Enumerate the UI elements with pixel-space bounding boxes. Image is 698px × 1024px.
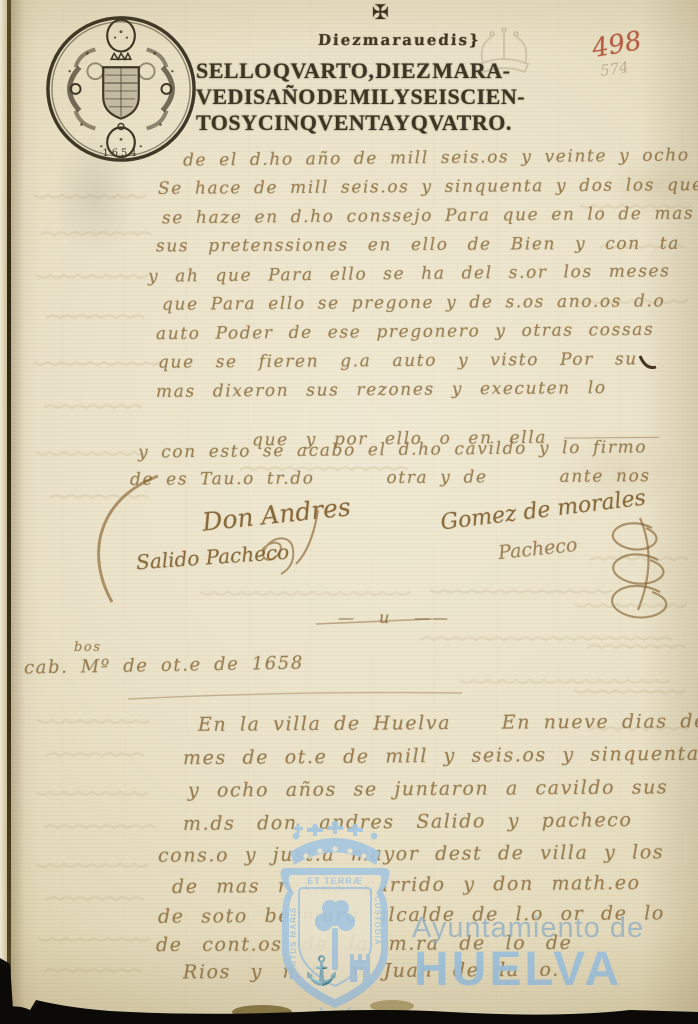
manuscript-line: m.ds don andres Salido y pacheco <box>183 809 633 835</box>
royal-seal-stamp: 1654 <box>42 8 200 166</box>
manuscript-line: mas dixeron sus rezones y executen lo <box>156 378 607 402</box>
manuscript-line: se haze en d.ho conssejo Para que en lo … <box>162 204 694 229</box>
watermark-motto-right: CUSTODIA <box>373 896 382 946</box>
seal-year: 1654 <box>103 148 140 159</box>
watermark-org-name: Ayuntamiento de <box>412 912 644 945</box>
manuscript-line: y ah que Para ello se ha del s.or los me… <box>148 261 671 286</box>
margin-note-underline <box>128 693 462 699</box>
sello-header-line-3: TOS Y CINQVENTA Y QVATRO. <box>196 110 512 136</box>
bottom-scan-edge <box>0 950 698 1024</box>
page-outer-edge <box>0 0 7 1024</box>
rubric-right-loop-3 <box>612 586 666 618</box>
manuscript-line: Se hace de mill seis.os y sinquenta y do… <box>158 175 698 199</box>
manuscript-line: mes de ot.e de mill y seis.os y sinquent… <box>183 743 698 770</box>
manuscript-line: de es Tau.o tr.do otra y de ante nos <box>130 466 651 490</box>
manuscript-page-scan: ✠ Diezmarauedis} 498 574 <box>0 0 698 1024</box>
folio-number-ink: 498 <box>590 26 644 64</box>
center-separator-mark: — u —— <box>338 608 449 627</box>
signature-paren-flourish <box>99 476 158 602</box>
manuscript-line: En la villa de Huelva En nueve dias del <box>198 710 698 736</box>
tax-stamp-text: Diezmarauedis} <box>318 31 482 49</box>
manuscript-line: de mas rex.es garrido y don math.eo <box>172 872 641 898</box>
folio-number-pencil: 574 <box>599 58 630 80</box>
signature-right-sub: Pacheco <box>497 534 578 564</box>
margin-note-superscript: bos <box>74 640 102 655</box>
manuscript-line: auto Poder de ese pregonero y otras coss… <box>156 320 654 344</box>
watermark-motto-top: ET TERRÆ <box>307 876 363 886</box>
signature-right-name: Gomez de morales <box>439 486 647 536</box>
rubric-right-loop-2 <box>613 554 663 583</box>
signature-left-surname: Salido Pacheco <box>135 540 290 575</box>
cross-icon: ✠ <box>372 0 389 24</box>
rubric-right-tail <box>638 518 649 610</box>
signature-left-name: Don Andres <box>201 492 352 536</box>
manuscript-line: sus pretenssiones en ello de Bien y con … <box>156 234 680 257</box>
manuscript-line: cons.o y just.a mayor dest de villa y lo… <box>158 841 664 867</box>
manuscript-line: y ocho años se juntaron a cavildo sus <box>188 776 668 801</box>
ink-blot-mark <box>640 356 656 368</box>
rubric-right-loop-1 <box>613 523 657 549</box>
sello-header-line-2: VEDIS AÑO DE MIL Y SEISCIEN- <box>196 84 525 110</box>
binding-gutter-shadow <box>11 0 25 1024</box>
margin-note: cab. Mº de ot.e de 1658 <box>24 653 304 679</box>
manuscript-line: que Para ello se pregone y de s.os ano.o… <box>162 291 665 315</box>
manuscript-line: que se fieren g.a auto y visto Por su <box>158 349 638 372</box>
manuscript-line: de el d.ho año de mill seis.os y veinte … <box>183 145 690 170</box>
sello-header-line-1: SELLO QVARTO, DIEZ MARA- <box>196 58 510 84</box>
